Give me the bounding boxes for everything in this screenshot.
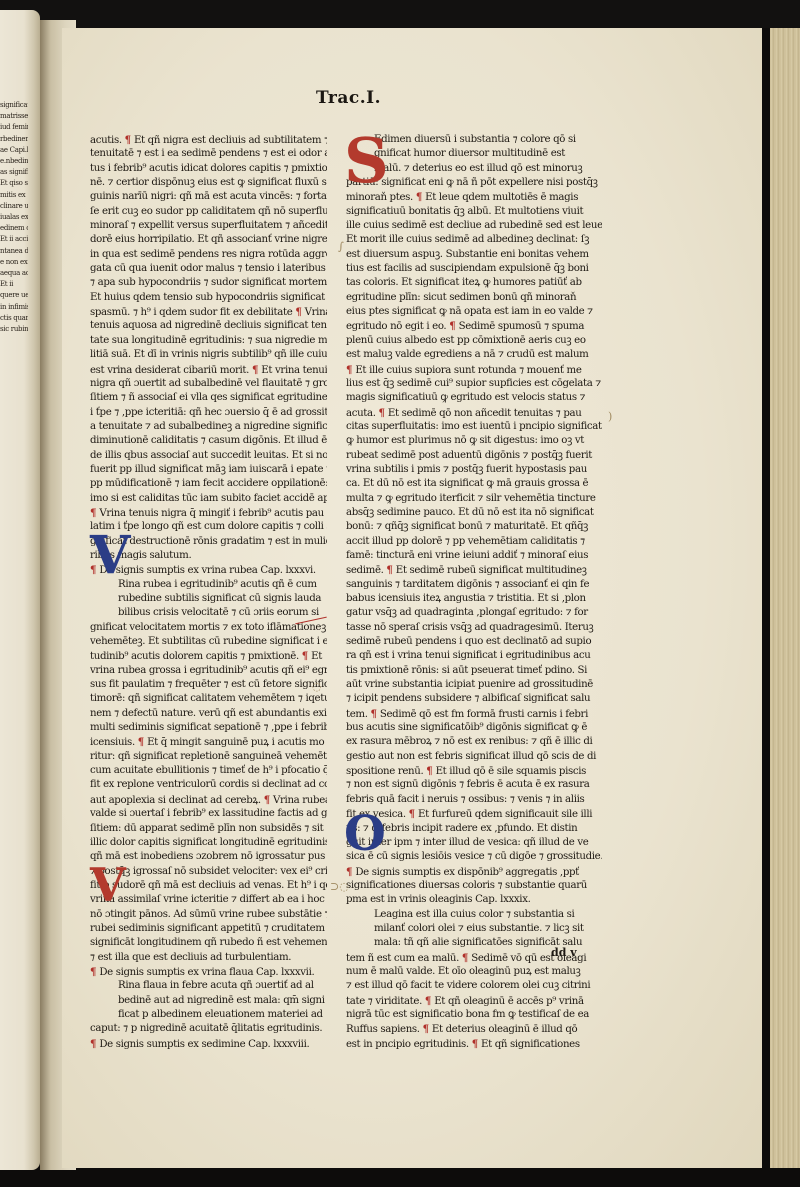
- text-line: egritudo nō egit i eo. ¶ Sedimē spumosū …: [346, 319, 602, 333]
- decorated-initial-v-red: V: [90, 862, 126, 908]
- text-line: cum acuitate ebullitionis ⁊ timeť de h⁹ …: [90, 764, 327, 778]
- pilcrow-mark: ¶: [371, 708, 380, 720]
- text-line: gata cū qua iuenit odor malus ⁊ tensio i…: [90, 262, 327, 276]
- text-line: icensiuis. ¶ Et q̄ mingit sanguinē puꝝ i…: [90, 735, 327, 749]
- text-line: timorē: qñ significat calitatem vehemēte…: [90, 692, 327, 706]
- decorated-initial-v: V: [90, 530, 130, 582]
- text-line: plenū cuius albedo est pp cōmixtionē aer…: [346, 334, 602, 348]
- text-line: vehemēteꝫ. Et subtilitas cū rubedine sig…: [90, 635, 327, 649]
- text-line: gnificat velocitatem mortis ⁊ ex toto if…: [90, 621, 327, 635]
- text-line: rubeat sedimē post aduentū digōnis ⁊ pos…: [346, 449, 602, 463]
- margin-annotation: ◌: [312, 680, 322, 693]
- text-line: nē. ⁊ certior dispōnuꝫ eius est ꝙ signif…: [90, 176, 327, 190]
- text-line: lius est q̄ꝫ sedimē cui⁹ supior supficie…: [346, 377, 602, 391]
- text-line: ille cuius sedimē est decliue ad rubedin…: [346, 219, 602, 233]
- pilcrow-mark: ¶: [346, 364, 355, 376]
- text-line: vrina subtilis i pmis ⁊ postq̄ꝫ fuerit h…: [346, 463, 602, 477]
- text-line: de illis qbus associaſ aut succedit leui…: [90, 449, 327, 463]
- text-line: spasmū. ⁊ h⁹ i qdem sudor fit ex debilit…: [90, 305, 327, 319]
- text-line: a tenuitate ⁊ ad subalbedineꝫ a nigredin…: [90, 420, 327, 434]
- margin-annotation: ): [608, 410, 612, 423]
- decorated-initial-o: O: [344, 810, 386, 858]
- text-line: tasse nō speraſ crisis vsq̄ꝫ ad quadrage…: [346, 621, 602, 635]
- text-line: gatur vsq̄ꝫ ad quadraginta ,plongaſ egri…: [346, 606, 602, 620]
- pilcrow-mark: ¶: [462, 952, 471, 964]
- text-line: multi sediminis significat sepationē ⁊ ,…: [90, 721, 327, 735]
- text-line: bilibus crisis velocitatē ⁊ cū ɔriis eor…: [90, 606, 327, 620]
- text-line: est maluꝫ valde egrediens a nā ⁊ crudū e…: [346, 348, 602, 362]
- text-line: nigrā tūc est significatio bona fm ꝙ tes…: [346, 1008, 602, 1022]
- text-column-right: Edimen diuersū i substantia ⁊ colore qō …: [346, 133, 602, 1051]
- text-line: ⁊ est illa que est decliuis ad turbulent…: [90, 951, 327, 965]
- pilcrow-mark: ¶: [90, 966, 99, 978]
- margin-annotation: ∫: [338, 240, 344, 253]
- quire-signature: dd v: [551, 946, 577, 959]
- text-line: sus fit paulatim ⁊ frequēter ⁊ est cū fe…: [90, 678, 327, 692]
- text-line: valde si ɔuertaſ i febrib⁹ ex lassitudin…: [90, 807, 327, 821]
- text-line: caput: ⁊ p nigredinē acuitatē q̄litatis …: [90, 1022, 327, 1036]
- text-line: ex rasura mēbroꝝ ⁊ nō est ex renibus: ⁊ …: [346, 735, 602, 749]
- text-line: gestio aut non est febris significat ill…: [346, 750, 602, 764]
- text-line: aūt vrine substantia icipiat puenire ad …: [346, 678, 602, 692]
- pilcrow-mark: ¶: [409, 808, 418, 820]
- text-line: ſitiem: dū apparat sedimē plīn non subsi…: [90, 822, 327, 836]
- text-line: Rina flaua in febre acuta qñ ɔuertiť ad …: [90, 979, 327, 993]
- text-line: imo si est caliditas tūc iam subito faci…: [90, 492, 327, 506]
- text-line: ¶ De signis sumptis ex sedimine Cap. lxx…: [90, 1037, 327, 1051]
- text-line: acutis. ¶ Et qñ nigra est decliuis ad su…: [90, 133, 327, 147]
- text-line: multa ⁊ ꝙ egritudo iterficit ⁊ silr vehe…: [346, 492, 602, 506]
- pilcrow-mark: ¶: [379, 407, 388, 419]
- text-line: significāt longitudinem qñ rubedo ñ est …: [90, 936, 327, 950]
- pilcrow-mark: ¶: [302, 650, 311, 662]
- text-line: febris quā facit i neruis ⁊ ossibus: ⁊ v…: [346, 793, 602, 807]
- text-line: tas coloris. Et significat iteꝝ ꝙ humore…: [346, 276, 602, 290]
- text-line: ficat p albedinem eleuationem materiei a…: [90, 1008, 327, 1022]
- text-line: tus i febrib⁹ acutis idicat dolores capi…: [90, 162, 327, 176]
- text-line: num ē malū valde. Et oīo oleaginū puꝝ es…: [346, 965, 602, 979]
- pilcrow-mark: ¶: [346, 866, 355, 878]
- text-line: vrina rubea grossa i egritudinib⁹ acutis…: [90, 664, 327, 678]
- text-line: litiā suā. Et dī in vrinis nigris subtil…: [90, 348, 327, 362]
- text-line: tudinib⁹ acutis dolorem capitis ⁊ pmixti…: [90, 649, 327, 663]
- text-line: est diuersum aspuꝫ. Substantie eni bonit…: [346, 248, 602, 262]
- text-line: significationes diuersas coloris ⁊ subst…: [346, 879, 602, 893]
- text-line: Leagina est illa cuius color ⁊ substanti…: [346, 908, 602, 922]
- pilcrow-mark: ¶: [252, 364, 261, 376]
- text-line: nigra qñ ɔuertit ad subalbedinē vel flau…: [90, 377, 327, 391]
- decorated-initial-s: S: [344, 130, 389, 192]
- text-line: ra qñ est i vrina tenui significat i egr…: [346, 649, 602, 663]
- text-line: babus icensiuis iteꝝ angustia ⁊ tristiti…: [346, 592, 602, 606]
- text-line: dorē eius horripilatio. Et qñ associanť …: [90, 233, 327, 247]
- text-line: ⁊ est illud qō facit te videre colorem o…: [346, 979, 602, 993]
- pilcrow-mark: ¶: [90, 1038, 99, 1050]
- text-line: Et morit ille cuius sedimē ad albedineꝫ …: [346, 233, 602, 247]
- text-line: ¶ Vrina tenuis nigra q̄ mingiť i febrib⁹…: [90, 506, 327, 520]
- page-fore-edge: [770, 28, 800, 1168]
- text-line: egritudine plīn: sicut sedimen bonū qñ m…: [346, 291, 602, 305]
- pilcrow-mark: ¶: [138, 736, 147, 748]
- text-line: ¶ Et ille cuius supiora sunt rotunda ⁊ m…: [346, 363, 602, 377]
- text-line: tius est facilis ad suscipiendam expulsi…: [346, 262, 602, 276]
- text-line: sedimē. ¶ Et sedimē rubeū significat mul…: [346, 563, 602, 577]
- text-line: in qua est sedimē pendens res nigra rotū…: [90, 248, 327, 262]
- facing-page-text: significat labamatrisse supiud feminarbe…: [0, 100, 28, 335]
- text-line: bonū: ⁊ qñq̄ꝫ significat bonū ⁊ maturita…: [346, 520, 602, 534]
- text-line: tem. ¶ Sedimē qō est fm formā frusti car…: [346, 707, 602, 721]
- text-line: famē: tincturā eni vrine ieiuni addiť ⁊ …: [346, 549, 602, 563]
- pilcrow-mark: ¶: [472, 1038, 481, 1050]
- pilcrow-mark: ¶: [423, 1023, 432, 1035]
- pilcrow-mark: ¶: [416, 191, 425, 203]
- text-line: nem ⁊ defectū nature. verū qñ est abunda…: [90, 707, 327, 721]
- text-line: rubei sediminis significant appetitū ⁊ c…: [90, 922, 327, 936]
- text-line: milanť colori olei ⁊ eius substantie. ⁊ …: [346, 922, 602, 936]
- facing-page-edge: significat labamatrisse supiud feminarbe…: [0, 10, 40, 1170]
- text-line: fuerit pp illud significat māꝫ iam iuisc…: [90, 463, 327, 477]
- text-line: minoraſ ⁊ expellit versus superfluitatem…: [90, 219, 327, 233]
- text-line: aut apoplexia si declinat ad cerebꝝ. ¶ V…: [90, 793, 327, 807]
- text-line: ⁊ non est signū digōnis ⁊ febris ē acuta…: [346, 778, 602, 792]
- text-line: tate ⁊ viriditate. ¶ Et qñ oleaginū ē ac…: [346, 994, 602, 1008]
- text-line: tenuis aquosa ad nigredinē decliuis sign…: [90, 319, 327, 333]
- pilcrow-mark: ¶: [264, 794, 273, 806]
- text-line: guinis narīū nigri: qñ mā est acuta vinc…: [90, 190, 327, 204]
- pilcrow-mark: ¶: [425, 995, 434, 1007]
- pilcrow-mark: ¶: [426, 765, 435, 777]
- text-line: spositione renū. ¶ Et illud qō ē sile sq…: [346, 764, 602, 778]
- text-line: citas superfluitatis: imo est iuentū i p…: [346, 420, 602, 434]
- text-line: ¶ De signis sumptis ex vrina flaua Cap. …: [90, 965, 327, 979]
- text-line: ſitiem ⁊ ñ associaſ ei vlla qes signific…: [90, 391, 327, 405]
- text-line: bedinē aut ad nigredinē est mala: qm̄ si…: [90, 994, 327, 1008]
- text-line: ca. Et dū nō est ita significat ꝙ mā gra…: [346, 477, 602, 491]
- text-line: acuta. ¶ Et sedimē qō non añcedit tenuit…: [346, 406, 602, 420]
- text-line: est in pncipio egritudinis. ¶ Et qñ sign…: [346, 1037, 602, 1051]
- text-line: rubedine subtilis significat cū signis l…: [90, 592, 327, 606]
- text-line: pma est in vrinis oleaginis Cap. lxxxix.: [346, 893, 602, 907]
- text-line: eius ptes significat ꝙ nā opata est iam …: [346, 305, 602, 319]
- text-line: ¶ De signis sumptis ex dispōnib⁹ aggrega…: [346, 865, 602, 879]
- margin-annotation: ⊃◌: [330, 880, 349, 893]
- text-line: fit ex replone ventriculorū cordis si de…: [90, 778, 327, 792]
- running-head: Trac.I.: [316, 88, 381, 108]
- text-line: i ťpe ⁊ ,ppe icteritiā: qñ hec ɔuersio q…: [90, 406, 327, 420]
- text-line: sedimē rubeū pendens i quo est declinatō…: [346, 635, 602, 649]
- pilcrow-mark: ¶: [90, 507, 99, 519]
- pilcrow-mark: ¶: [295, 306, 304, 318]
- text-line: absq̄ꝫ sedimine pauco. Et dū nō est ita …: [346, 506, 602, 520]
- pilcrow-mark: ¶: [125, 134, 134, 146]
- text-line: tis pmixtionē rōnis: si aūt pseuerat tim…: [346, 664, 602, 678]
- text-line: bus acutis sine significatōib⁹ digōnis s…: [346, 721, 602, 735]
- text-line: ⁊ icipit pendens subsidere ⁊ albificaſ s…: [346, 692, 602, 706]
- text-line: Et huius qdem tensio sub hypocondriis si…: [90, 291, 327, 305]
- text-line: est vrina desiderat cibariū morit. ¶ Et …: [90, 363, 327, 377]
- text-line: tate sua longitudinē egritudinis: ⁊ sua …: [90, 334, 327, 348]
- text-line: ⁊ apa sub hypocondriis ⁊ sudor significa…: [90, 276, 327, 290]
- pilcrow-mark: ¶: [386, 564, 395, 576]
- text-line: pp mūdificationē ⁊ iam fecit accidere op…: [90, 477, 327, 491]
- text-line: accit illud pp dolorē ⁊ pp vehemētiam ca…: [346, 535, 602, 549]
- background-top: [0, 0, 800, 28]
- text-line: ritur: qñ significat repletionē sanguine…: [90, 750, 327, 764]
- text-line: illic dolor capitis significat longitudi…: [90, 836, 327, 850]
- pilcrow-mark: ¶: [449, 320, 458, 332]
- text-line: significatiuū bonitatis q̄ꝫ albū. Et mul…: [346, 205, 602, 219]
- text-line: ſe erit cuꝫ eo sudor pp caliditatem qñ n…: [90, 205, 327, 219]
- text-line: Ruffus sapiens. ¶ Et deterius oleaginū ē…: [346, 1022, 602, 1036]
- text-line: tenuitatē ⁊ est i ea sedimē pendens ⁊ es…: [90, 147, 327, 161]
- text-column-left: acutis. ¶ Et qñ nigra est decliuis ad su…: [90, 133, 327, 1051]
- text-line: magis significatiuū ꝙ egritudo est veloc…: [346, 391, 602, 405]
- text-line: diminutionē caliditatis ⁊ casum digōnis.…: [90, 434, 327, 448]
- text-line: sanguinis ⁊ tarditatem digōnis ⁊ associa…: [346, 578, 602, 592]
- text-line: ꝙ humor est plurimus nō ꝙ sit digestus: …: [346, 434, 602, 448]
